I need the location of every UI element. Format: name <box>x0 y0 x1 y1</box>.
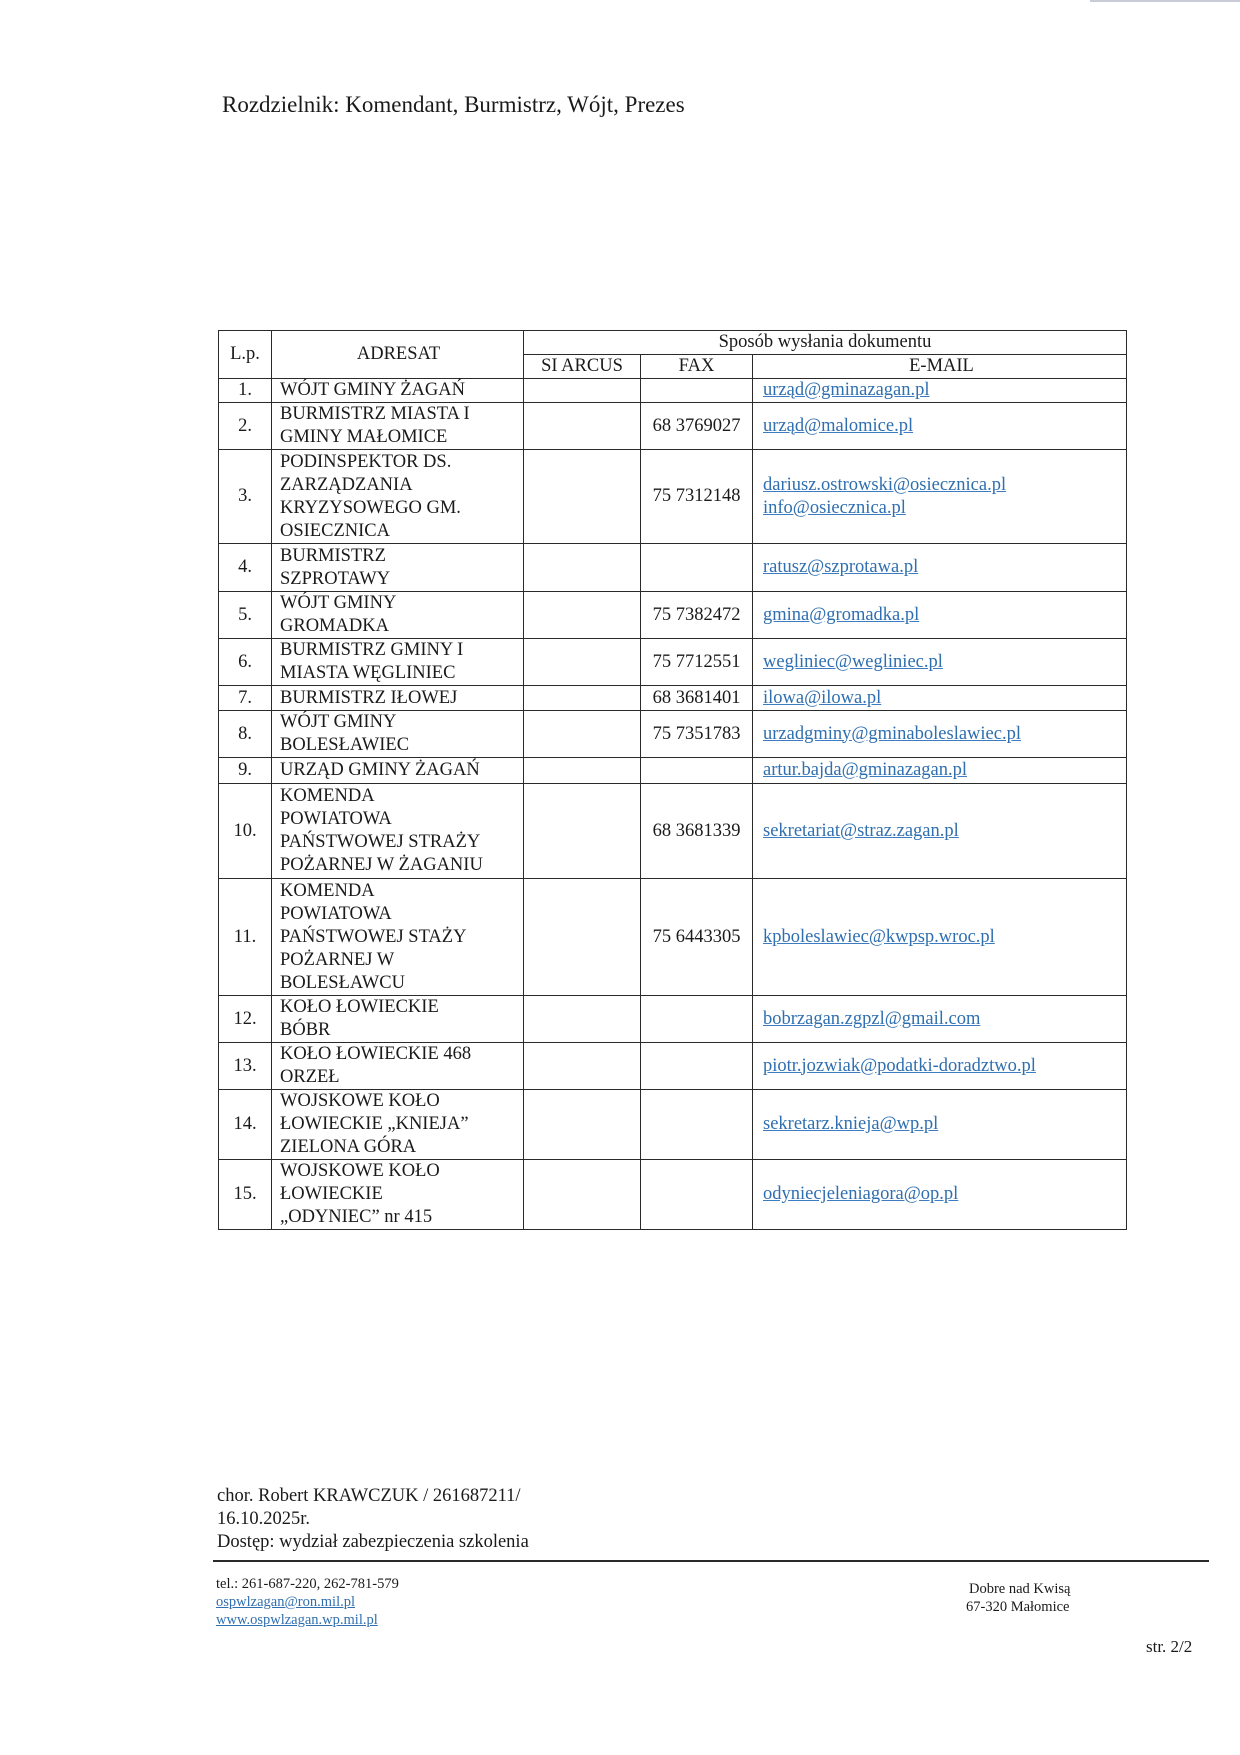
row-number: 7. <box>219 686 272 711</box>
addressee-line: KRYZYSOWEGO GM. <box>280 497 517 520</box>
table-row: 10.KOMENDAPOWIATOWAPAŃSTWOWEJ STRAŻYPOŻA… <box>219 784 1127 879</box>
email-cell: artur.bajda@gminazagan.pl <box>753 758 1127 784</box>
table-row: 6.BURMISTRZ GMINY IMIASTA WĘGLINIEC75 77… <box>219 639 1127 686</box>
email-link[interactable]: urzadgminy@gminaboleslawiec.pl <box>763 723 1120 746</box>
scan-edge-line <box>1090 0 1240 2</box>
row-number: 13. <box>219 1043 272 1090</box>
addressee-line: OSIECZNICA <box>280 520 517 543</box>
signature-access: Dostęp: wydział zabezpieczenia szkolenia <box>217 1531 529 1554</box>
row-number: 15. <box>219 1160 272 1230</box>
addressee-line: POWIATOWA <box>280 808 517 831</box>
signature-date: 16.10.2025r. <box>217 1508 529 1531</box>
addressee-line: GROMADKA <box>280 615 517 638</box>
si-arcus-cell <box>524 639 641 686</box>
email-cell: ilowa@ilowa.pl <box>753 686 1127 711</box>
email-cell: dariusz.ostrowski@osiecznica.plinfo@osie… <box>753 450 1127 544</box>
fax-cell <box>641 1090 753 1160</box>
addressee-line: BOLESŁAWCU <box>280 972 517 995</box>
table-row: 2.BURMISTRZ MIASTA IGMINY MAŁOMICE68 376… <box>219 403 1127 450</box>
email-link[interactable]: urząd@malomice.pl <box>763 415 1120 438</box>
email-cell: urzadgminy@gminaboleslawiec.pl <box>753 711 1127 758</box>
si-arcus-cell <box>524 403 641 450</box>
footer-address-line1: Dobre nad Kwisą <box>966 1580 1070 1598</box>
fax-cell: 68 3681339 <box>641 784 753 879</box>
si-arcus-cell <box>524 379 641 403</box>
page-title: Rozdzielnik: Komendant, Burmistrz, Wójt,… <box>222 92 685 118</box>
addressee-line: ŁOWIECKIE „KNIEJA” <box>280 1113 517 1136</box>
addressee-cell: BURMISTRZ GMINY IMIASTA WĘGLINIEC <box>272 639 524 686</box>
row-number: 9. <box>219 758 272 784</box>
fax-cell <box>641 1043 753 1090</box>
si-arcus-cell <box>524 450 641 544</box>
addressee-line: POWIATOWA <box>280 903 517 926</box>
addressee-cell: WOJSKOWE KOŁOŁOWIECKIE „KNIEJA”ZIELONA G… <box>272 1090 524 1160</box>
addressee-cell: WÓJT GMINYGROMADKA <box>272 592 524 639</box>
footer-divider <box>213 1560 1209 1562</box>
addressee-cell: WÓJT GMINY ŻAGAŃ <box>272 379 524 403</box>
row-number: 4. <box>219 544 272 592</box>
row-number: 6. <box>219 639 272 686</box>
email-cell: gmina@gromadka.pl <box>753 592 1127 639</box>
si-arcus-cell <box>524 544 641 592</box>
fax-cell <box>641 996 753 1043</box>
addressee-line: BOLESŁAWIEC <box>280 734 517 757</box>
addressee-line: BURMISTRZ GMINY I <box>280 639 517 662</box>
footer-website-link[interactable]: www.ospwlzagan.wp.mil.pl <box>216 1611 399 1629</box>
email-link[interactable]: ratusz@szprotawa.pl <box>763 556 1120 579</box>
addressee-line: ŁOWIECKIE <box>280 1183 517 1206</box>
si-arcus-cell <box>524 784 641 879</box>
email-cell: sekretariat@straz.zagan.pl <box>753 784 1127 879</box>
table-row: 8.WÓJT GMINYBOLESŁAWIEC75 7351783urzadgm… <box>219 711 1127 758</box>
addressee-line: BURMISTRZ <box>280 545 517 568</box>
email-link[interactable]: gmina@gromadka.pl <box>763 604 1120 627</box>
email-cell: sekretarz.knieja@wp.pl <box>753 1090 1127 1160</box>
fax-cell: 68 3681401 <box>641 686 753 711</box>
si-arcus-cell <box>524 711 641 758</box>
addressee-line: BURMISTRZ IŁOWEJ <box>280 687 517 710</box>
email-cell: bobrzagan.zgpzl@gmail.com <box>753 996 1127 1043</box>
table-row: 7.BURMISTRZ IŁOWEJ68 3681401ilowa@ilowa.… <box>219 686 1127 711</box>
signature-block: chor. Robert KRAWCZUK / 261687211/ 16.10… <box>217 1485 529 1554</box>
page-number: str. 2/2 <box>1146 1637 1192 1657</box>
table-row: 14.WOJSKOWE KOŁOŁOWIECKIE „KNIEJA”ZIELON… <box>219 1090 1127 1160</box>
footer-email-link[interactable]: ospwlzagan@ron.mil.pl <box>216 1593 399 1611</box>
addressee-cell: KOMENDAPOWIATOWAPAŃSTWOWEJ STAŻYPOŻARNEJ… <box>272 879 524 996</box>
row-number: 3. <box>219 450 272 544</box>
row-number: 5. <box>219 592 272 639</box>
table-row: 15.WOJSKOWE KOŁOŁOWIECKIE„ODYNIEC” nr 41… <box>219 1160 1127 1230</box>
si-arcus-cell <box>524 686 641 711</box>
email-link[interactable]: piotr.jozwiak@podatki-doradztwo.pl <box>763 1055 1120 1078</box>
fax-cell <box>641 379 753 403</box>
addressee-cell: WÓJT GMINYBOLESŁAWIEC <box>272 711 524 758</box>
email-link[interactable]: info@osiecznica.pl <box>763 497 1120 520</box>
email-link[interactable]: urząd@gminazagan.pl <box>763 379 1120 402</box>
fax-cell <box>641 758 753 784</box>
addressee-line: KOŁO ŁOWIECKIE <box>280 996 517 1019</box>
addressee-cell: URZĄD GMINY ŻAGAŃ <box>272 758 524 784</box>
si-arcus-cell <box>524 996 641 1043</box>
addressee-line: PODINSPEKTOR DS. <box>280 451 517 474</box>
addressee-cell: KOŁO ŁOWIECKIE 468ORZEŁ <box>272 1043 524 1090</box>
addressee-line: POŻARNEJ W ŻAGANIU <box>280 854 517 877</box>
header-addressee: ADRESAT <box>272 331 524 379</box>
fax-cell <box>641 1160 753 1230</box>
email-link[interactable]: sekretariat@straz.zagan.pl <box>763 820 1120 843</box>
email-cell: urząd@malomice.pl <box>753 403 1127 450</box>
signature-author: chor. Robert KRAWCZUK / 261687211/ <box>217 1485 529 1508</box>
addressee-cell: KOŁO ŁOWIECKIEBÓBR <box>272 996 524 1043</box>
addressee-line: WÓJT GMINY <box>280 711 517 734</box>
email-link[interactable]: wegliniec@wegliniec.pl <box>763 651 1120 674</box>
table-row: 4.BURMISTRZSZPROTAWYratusz@szprotawa.pl <box>219 544 1127 592</box>
row-number: 12. <box>219 996 272 1043</box>
header-si-arcus: SI ARCUS <box>524 355 641 379</box>
table-row: 3.PODINSPEKTOR DS.ZARZĄDZANIAKRYZYSOWEGO… <box>219 450 1127 544</box>
row-number: 8. <box>219 711 272 758</box>
header-fax: FAX <box>641 355 753 379</box>
addressee-line: KOMENDA <box>280 880 517 903</box>
email-cell: kpboleslawiec@kwpsp.wroc.pl <box>753 879 1127 996</box>
fax-cell <box>641 544 753 592</box>
table-row: 5.WÓJT GMINYGROMADKA75 7382472gmina@grom… <box>219 592 1127 639</box>
email-link[interactable]: artur.bajda@gminazagan.pl <box>763 759 1120 782</box>
distribution-table: L.p. ADRESAT Sposób wysłania dokumentu S… <box>218 330 1127 1230</box>
addressee-cell: BURMISTRZ MIASTA IGMINY MAŁOMICE <box>272 403 524 450</box>
addressee-line: KOŁO ŁOWIECKIE 468 <box>280 1043 517 1066</box>
si-arcus-cell <box>524 1160 641 1230</box>
addressee-line: MIASTA WĘGLINIEC <box>280 662 517 685</box>
addressee-line: POŻARNEJ W <box>280 949 517 972</box>
addressee-line: URZĄD GMINY ŻAGAŃ <box>280 759 517 782</box>
addressee-line: ZIELONA GÓRA <box>280 1136 517 1159</box>
addressee-line: KOMENDA <box>280 785 517 808</box>
addressee-cell: KOMENDAPOWIATOWAPAŃSTWOWEJ STRAŻYPOŻARNE… <box>272 784 524 879</box>
row-number: 1. <box>219 379 272 403</box>
email-cell: odyniecjeleniagora@op.pl <box>753 1160 1127 1230</box>
addressee-cell: BURMISTRZ IŁOWEJ <box>272 686 524 711</box>
row-number: 10. <box>219 784 272 879</box>
email-link[interactable]: kpboleslawiec@kwpsp.wroc.pl <box>763 926 1120 949</box>
addressee-line: WOJSKOWE KOŁO <box>280 1160 517 1183</box>
addressee-line: WÓJT GMINY <box>280 592 517 615</box>
si-arcus-cell <box>524 758 641 784</box>
addressee-line: SZPROTAWY <box>280 568 517 591</box>
email-cell: wegliniec@wegliniec.pl <box>753 639 1127 686</box>
row-number: 2. <box>219 403 272 450</box>
header-lp: L.p. <box>219 331 272 379</box>
si-arcus-cell <box>524 879 641 996</box>
email-link[interactable]: ilowa@ilowa.pl <box>763 687 1120 710</box>
table-row: 1.WÓJT GMINY ŻAGAŃurząd@gminazagan.pl <box>219 379 1127 403</box>
row-number: 14. <box>219 1090 272 1160</box>
addressee-line: PAŃSTWOWEJ STAŻY <box>280 926 517 949</box>
addressee-line: GMINY MAŁOMICE <box>280 426 517 449</box>
email-link[interactable]: sekretarz.knieja@wp.pl <box>763 1113 1120 1136</box>
si-arcus-cell <box>524 1043 641 1090</box>
addressee-line: BÓBR <box>280 1019 517 1042</box>
fax-cell: 75 7382472 <box>641 592 753 639</box>
si-arcus-cell <box>524 1090 641 1160</box>
addressee-cell: WOJSKOWE KOŁOŁOWIECKIE„ODYNIEC” nr 415 <box>272 1160 524 1230</box>
email-link[interactable]: dariusz.ostrowski@osiecznica.pl <box>763 474 1120 497</box>
header-email: E-MAIL <box>753 355 1127 379</box>
email-cell: ratusz@szprotawa.pl <box>753 544 1127 592</box>
addressee-line: WOJSKOWE KOŁO <box>280 1090 517 1113</box>
fax-cell: 75 6443305 <box>641 879 753 996</box>
footer-contact: tel.: 261-687-220, 262-781-579 ospwlzaga… <box>216 1575 399 1629</box>
addressee-line: WÓJT GMINY ŻAGAŃ <box>280 379 517 402</box>
footer-address: Dobre nad Kwisą 67-320 Małomice <box>966 1580 1070 1616</box>
table-row: 13.KOŁO ŁOWIECKIE 468ORZEŁpiotr.jozwiak@… <box>219 1043 1127 1090</box>
row-number: 11. <box>219 879 272 996</box>
fax-cell: 75 7712551 <box>641 639 753 686</box>
footer-address-line2: 67-320 Małomice <box>966 1598 1070 1616</box>
addressee-cell: PODINSPEKTOR DS.ZARZĄDZANIAKRYZYSOWEGO G… <box>272 450 524 544</box>
fax-cell: 75 7351783 <box>641 711 753 758</box>
fax-cell: 75 7312148 <box>641 450 753 544</box>
si-arcus-cell <box>524 592 641 639</box>
table-body: 1.WÓJT GMINY ŻAGAŃurząd@gminazagan.pl2.B… <box>219 379 1127 1230</box>
email-cell: urząd@gminazagan.pl <box>753 379 1127 403</box>
addressee-line: ORZEŁ <box>280 1066 517 1089</box>
addressee-line: „ODYNIEC” nr 415 <box>280 1206 517 1229</box>
addressee-line: ZARZĄDZANIA <box>280 474 517 497</box>
addressee-cell: BURMISTRZSZPROTAWY <box>272 544 524 592</box>
email-link[interactable]: odyniecjeleniagora@op.pl <box>763 1183 1120 1206</box>
table-row: 11.KOMENDAPOWIATOWAPAŃSTWOWEJ STAŻYPOŻAR… <box>219 879 1127 996</box>
table-row: 12.KOŁO ŁOWIECKIEBÓBRbobrzagan.zgpzl@gma… <box>219 996 1127 1043</box>
table-row: 9.URZĄD GMINY ŻAGAŃartur.bajda@gminazaga… <box>219 758 1127 784</box>
addressee-line: PAŃSTWOWEJ STRAŻY <box>280 831 517 854</box>
addressee-line: BURMISTRZ MIASTA I <box>280 403 517 426</box>
header-method-group: Sposób wysłania dokumentu <box>524 331 1127 355</box>
email-link[interactable]: bobrzagan.zgpzl@gmail.com <box>763 1008 1120 1031</box>
fax-cell: 68 3769027 <box>641 403 753 450</box>
footer-phone: tel.: 261-687-220, 262-781-579 <box>216 1575 399 1593</box>
email-cell: piotr.jozwiak@podatki-doradztwo.pl <box>753 1043 1127 1090</box>
